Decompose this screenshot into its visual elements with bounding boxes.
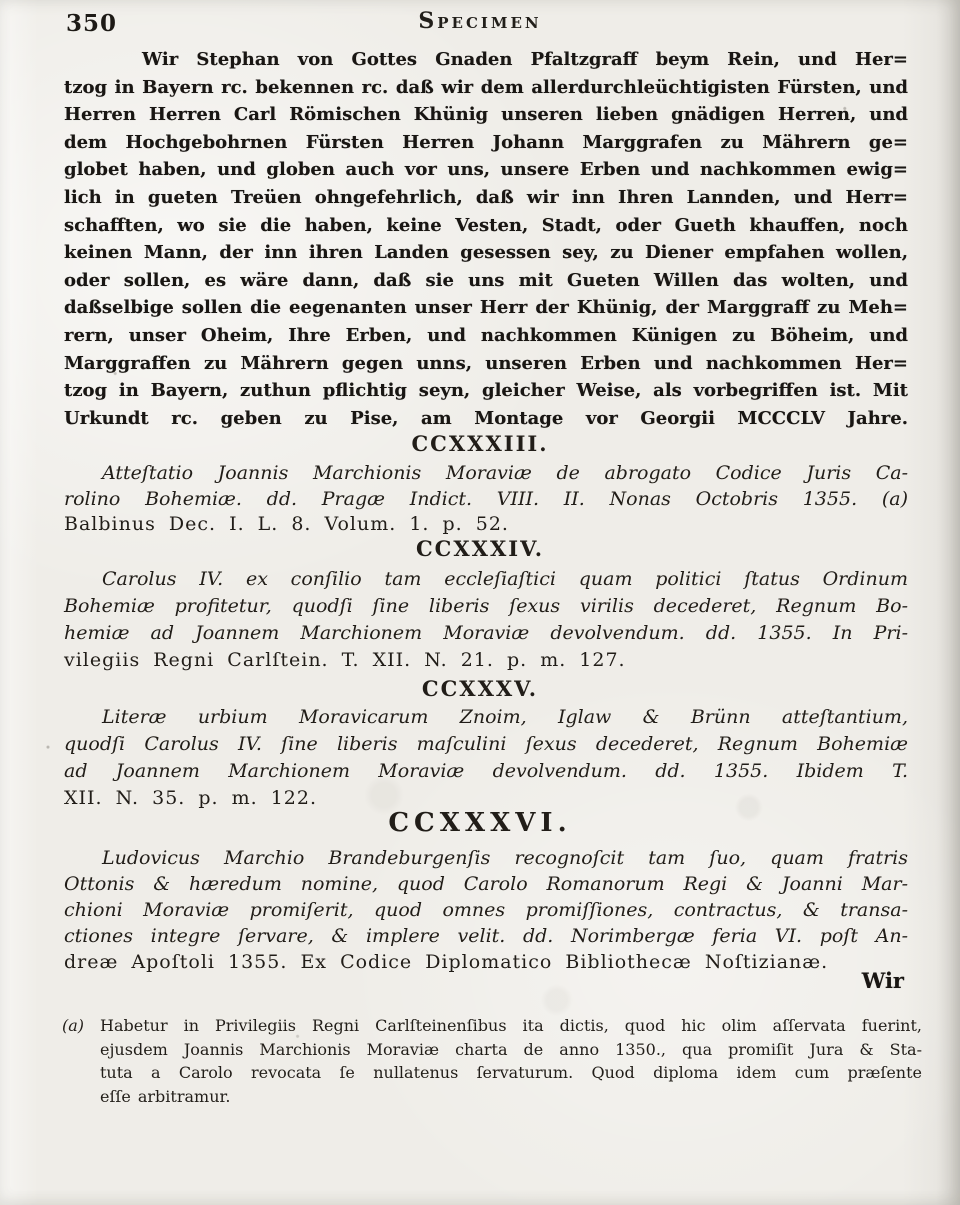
section-heading-ccxxxv: CCXXXV. (0, 676, 960, 701)
text-line: Atteſtatio Joannis Marchionis Moraviæ de… (64, 461, 908, 487)
scanned-book-page: 350 Specimen Wir Stephan von Gottes Gnad… (0, 0, 960, 1205)
text-line: Marggraffen zu Mährern gegen unns, unser… (64, 350, 908, 378)
section-ccxxxiii: Atteſtatio Joannis Marchionis Moraviæ de… (64, 461, 908, 538)
text-line: tzog in Bayern rc. bekennen rc. daß wir … (64, 74, 908, 102)
section-heading-ccxxxiii: CCXXXIII. (0, 431, 960, 456)
footnote-marker: (a) (62, 1014, 100, 1038)
text-line: chioni Moraviæ promiſerit, quod omnes pr… (64, 897, 908, 923)
text-line: Herren Herren Carl Römischen Khünig unse… (64, 101, 908, 129)
footnote: (a)Habetur in Privilegiis Regni Carlſtei… (62, 1014, 922, 1108)
text-line: quodſi Carolus IV. ſine liberis maſculin… (64, 731, 908, 758)
text-line: globet haben, und globen auch vor uns, u… (64, 156, 908, 184)
text-line: schafften, wo sie die haben, keine Veste… (64, 212, 908, 240)
text-line: Ottonis & hæredum nomine, quod Carolo Ro… (64, 871, 908, 897)
footnote-line: tuta a Carolo revocata ſe nullatenus ſer… (62, 1061, 922, 1085)
text-line: ad Joannem Marchionem Moraviæ devolvendu… (64, 758, 908, 785)
text-line: dreæ Apoſtoli 1355. Ex Codice Diplomatic… (64, 949, 908, 975)
section-ccxxxvi: Ludovicus Marchio Brandeburgenſis recogn… (64, 845, 908, 975)
text-line: Carolus IV. ex conſilio tam eccleſiaſtic… (64, 566, 908, 593)
text-line: Wir Stephan von Gottes Gnaden Pfaltzgraf… (64, 46, 908, 74)
text-line: rern, unser Oheim, Ihre Erben, und nachk… (64, 322, 908, 350)
footnote-text: Habetur in Privilegiis Regni Carlſteinen… (100, 1016, 922, 1035)
text-line: lich in gueten Treüen ohngefehrlich, daß… (64, 184, 908, 212)
text-line: Literæ urbium Moravicarum Znoim, Iglaw &… (64, 704, 908, 731)
text-line: hemiæ ad Joannem Marchionem Moraviæ devo… (64, 620, 908, 647)
section-ccxxxv: Literæ urbium Moravicarum Znoim, Iglaw &… (64, 704, 908, 812)
footnote-line: eſſe arbitramur. (62, 1085, 922, 1109)
text-line: dem Hochgebohrnen Fürsten Herren Johann … (64, 129, 908, 157)
text-line: ctiones integre ſervare, & implere velit… (64, 923, 908, 949)
text-line: vilegiis Regni Carlſtein. T. XII. N. 21.… (64, 647, 908, 674)
text-line: daßselbige sollen die eegenanten unser H… (64, 294, 908, 322)
catchword: Wir (862, 968, 904, 993)
text-line: oder sollen, es wäre dann, daß sie uns m… (64, 267, 908, 295)
section-heading-ccxxxiv: CCXXXIV. (0, 536, 960, 561)
running-header: Specimen (0, 8, 960, 34)
section-heading-ccxxxvi: CCXXXVI. (0, 808, 960, 838)
section-ccxxxiv: Carolus IV. ex conſilio tam eccleſiaſtic… (64, 566, 908, 674)
charter-paragraph: Wir Stephan von Gottes Gnaden Pfaltzgraf… (64, 46, 908, 432)
text-line: rolino Bohemiæ. dd. Pragæ Indict. VIII. … (64, 487, 908, 513)
text-line: keinen Mann, der inn ihren Landen gesess… (64, 239, 908, 267)
footnote-line: (a)Habetur in Privilegiis Regni Carlſtei… (62, 1014, 922, 1038)
text-line: Bohemiæ profitetur, quodſi ſine liberis … (64, 593, 908, 620)
text-line: Ludovicus Marchio Brandeburgenſis recogn… (64, 845, 908, 871)
text-line: Urkundt rc. geben zu Pise, am Montage vo… (64, 405, 908, 433)
text-line: Balbinus Dec. I. L. 8. Volum. 1. p. 52. (64, 512, 908, 538)
footnote-line: ejusdem Joannis Marchionis Moraviæ chart… (62, 1038, 922, 1062)
text-line: tzog in Bayern, zuthun pflichtig seyn, g… (64, 377, 908, 405)
